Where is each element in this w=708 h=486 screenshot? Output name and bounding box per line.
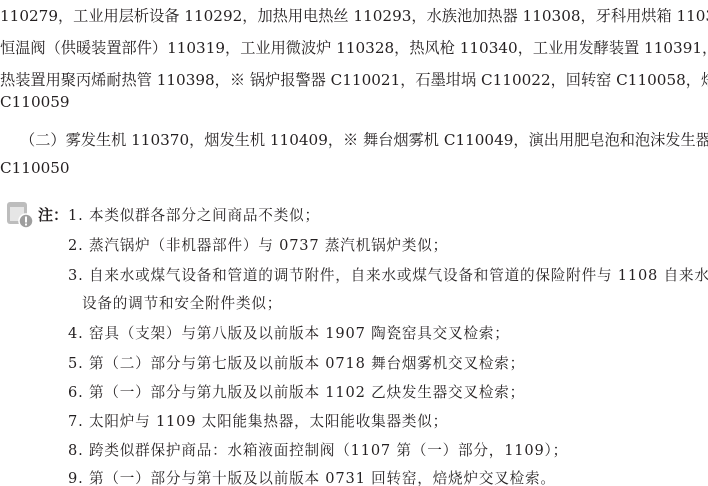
notes-label: 注： xyxy=(38,205,68,225)
note-item: 9. 第（一）部分与第十版及以前版本 0731 回转窑，焙烧炉交叉检索。 xyxy=(68,469,556,486)
text-line: C110050 xyxy=(0,158,70,178)
note-item: 2. 蒸汽锅炉（非机器部件）与 0737 蒸汽机锅炉类似； xyxy=(68,236,448,256)
note-item: 3. 自来水或煤气设备和管道的调节附件，自来水或煤气设备和管道的保险附件与 11… xyxy=(68,266,708,286)
text-line: 110279，工业用层析设备 110292，加热用电热丝 110293，水族池加… xyxy=(0,6,708,26)
note-item: 7. 太阳炉与 1109 太阳能集热器，太阳能收集器类似； xyxy=(68,412,448,432)
note-item: 4. 窑具（支架）与第八版及以前版本 1907 陶瓷窑具交叉检索； xyxy=(68,324,510,344)
text-line: 热装置用聚丙烯耐热管 110398，※ 锅炉报警器 C110021，石墨坩埚 C… xyxy=(0,70,708,90)
note-item: 5. 第（二）部分与第七版及以前版本 0718 舞台烟雾机交叉检索； xyxy=(68,354,525,374)
text-line: （二）雾发生机 110370，烟发生机 110409，※ 舞台烟雾机 C1100… xyxy=(20,130,708,150)
note-item: 8. 跨类似群保护商品：水箱液面控制阀（1107 第（一）部分，1109）； xyxy=(68,441,568,461)
note-item-continued: 设备的调节和安全附件类似； xyxy=(82,294,282,314)
note-warning-icon xyxy=(6,200,34,228)
note-item: 1. 本类似群各部分之间商品不类似； xyxy=(68,206,320,226)
text-line: 恒温阀（供暖装置部件）110319，工业用微波炉 110328，热风枪 1103… xyxy=(0,38,708,58)
note-item: 6. 第（一）部分与第九版及以前版本 1102 乙炔发生器交叉检索； xyxy=(68,383,525,403)
text-line: C110059 xyxy=(0,92,70,112)
